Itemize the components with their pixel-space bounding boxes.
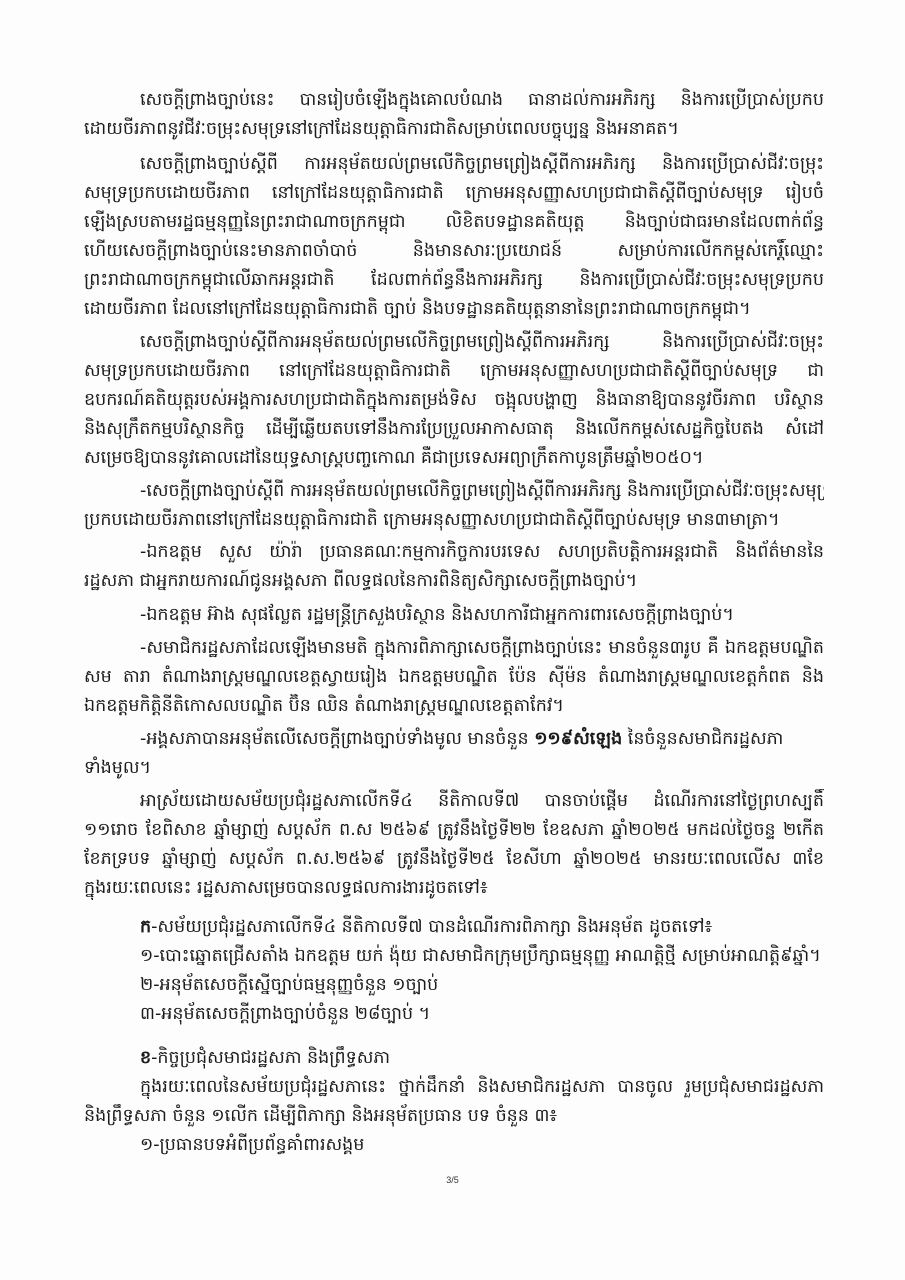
paragraph-2-line-4: ហើយសេចក្តីព្រាងច្បាប់នេះមានភាពចាំបាច់ និ… xyxy=(84,239,824,263)
paragraph-3-line-5: សម្រេចឱ្យបាននូវគោលដៅនៃយុទ្ធសាស្ត្របញ្ចកោ… xyxy=(84,446,824,470)
section-a-item-1: ១-បោះឆ្នោតជ្រើសតាំង ឯកឧត្តម យក់ ង៉ុយ ជាស… xyxy=(140,944,824,968)
document-page: សេចក្តីព្រាងច្បាប់នេះ បានរៀបចំឡើងក្នុងគោ… xyxy=(0,0,905,1280)
section-a-heading: ក-សម័យប្រជុំរដ្ឋសភាលើកទី៤ នីតិកាលទី៧ បាន… xyxy=(140,915,824,939)
paragraph-2-line-6: ដោយចីរភាព ដែលនៅក្រៅដែនយុត្តាធិការជាតិ ច្… xyxy=(84,297,824,321)
section-b-item-1: ១-ប្រធានបទអំពីប្រព័ន្ធគាំពារសង្គម xyxy=(140,1133,824,1157)
vote-text-post: នៃចំនួនសមាជិករដ្ឋសភា xyxy=(622,729,783,749)
paragraph-9-line-4: ក្នុងរយៈពេលនេះ រដ្ឋសភាសម្រេចបានលទ្ធផលការ… xyxy=(84,876,824,900)
paragraph-7-line-1: -សមាជិករដ្ឋសភាដែលឡើងមានមតិ ក្នុងការពិភាក… xyxy=(140,636,824,660)
section-b-line-1: ក្នុងរយៈពេលនៃសម័យប្រជុំរដ្ឋសភានេះ ថ្នាក់… xyxy=(140,1075,824,1099)
section-b-heading: ខ-កិច្ចប្រជុំសមាជរដ្ឋសភា និងព្រឹទ្ធសភា xyxy=(140,1046,824,1070)
page-number: 3/5 xyxy=(0,1175,905,1185)
paragraph-9-line-3: ខែភទ្របទ ឆ្នាំម្សាញ់ សប្តស័ក ព.ស.២៥៦៩ ត្… xyxy=(84,847,824,871)
paragraph-2-line-5: ព្រះរាជាណាចក្រកម្ពុជាលើឆាកអន្តរជាតិ ដែលព… xyxy=(84,268,824,292)
paragraph-1-line-2: ដោយចីរភាពនូវជីវៈចម្រុះសមុទ្រនៅក្រៅដែនយុត… xyxy=(84,117,824,141)
paragraph-1-line-1: សេចក្តីព្រាងច្បាប់នេះ បានរៀបចំឡើងក្នុងគោ… xyxy=(140,88,824,112)
paragraph-7-line-3: ឯកឧត្តមកិត្តិនីតិកោសលបណ្ឌិត ប៊ិន ឈិន តំណ… xyxy=(84,694,824,718)
paragraph-2-line-2: សមុទ្រប្រកបដោយចីរភាព នៅក្រៅដែនយុត្តាធិកា… xyxy=(84,181,824,205)
section-b-marker: ខ xyxy=(140,1048,151,1068)
paragraph-3-line-1: សេចក្តីព្រាងច្បាប់ស្តីពីការអនុម័តយល់ព្រម… xyxy=(140,330,824,354)
section-b-line-2: និងព្រឹទ្ធសភា ចំនួន ១លើក ដើម្បីពិភាក្សា … xyxy=(84,1104,824,1128)
vote-text-pre: -អង្គសភាបានអនុម័តលើសេចក្តីព្រាងច្បាប់ទាំ… xyxy=(140,729,534,749)
paragraph-3-line-4: និងសុក្រឹតកម្មបរិស្ថានកិច្ច ដើម្បីឆ្លើយត… xyxy=(84,417,824,441)
paragraph-8-line-1: -អង្គសភាបានអនុម័តលើសេចក្តីព្រាងច្បាប់ទាំ… xyxy=(140,727,824,751)
section-a-heading-text: -សម័យប្រជុំរដ្ឋសភាលើកទី៤ នីតិកាលទី៧ បានដ… xyxy=(151,917,712,937)
paragraph-3-line-2: សមុទ្រប្រកបដោយចីរភាព នៅក្រៅដែនយុត្តាធិកា… xyxy=(84,359,824,383)
paragraph-7-line-2: សម តារា តំណាងរាស្ត្រមណ្ឌលខេត្តស្វាយរៀង ឯ… xyxy=(84,665,824,689)
paragraph-3-line-3: ឧបករណ៍គតិយុត្តរបស់អង្គការសហប្រជាជាតិក្នុ… xyxy=(84,388,824,412)
paragraph-5-line-2: រដ្ឋសភា ជាអ្នករាយការណ៍ជូនអង្គសភា ពីលទ្ធផ… xyxy=(84,569,824,593)
section-b-heading-text: -កិច្ចប្រជុំសមាជរដ្ឋសភា និងព្រឹទ្ធសភា xyxy=(151,1048,390,1068)
paragraph-9-line-1: អាស្រ័យដោយសម័យប្រជុំរដ្ឋសភាលើកទី៤ នីតិកា… xyxy=(140,789,824,813)
paragraph-9-line-2: ១១រោច ខែពិសាខ ឆ្នាំម្សាញ់ សប្តស័ក ព.ស ២៥… xyxy=(84,818,824,842)
vote-count: ១១៩សំឡេង xyxy=(534,729,622,749)
section-a-marker: ក xyxy=(140,917,151,937)
paragraph-5-line-1: -ឯកឧត្តម សួស យ៉ារ៉ា ប្រធានគណៈកម្មការកិច្… xyxy=(140,540,824,564)
paragraph-2-line-3: ឡើងស្របតាមរដ្ឋធម្មនុញ្ញនៃព្រះរាជាណាចក្រក… xyxy=(84,210,824,234)
paragraph-8-line-2: ទាំងមូល។ xyxy=(84,756,824,780)
section-a-item-3: ៣-អនុម័តសេចក្តីព្រាងច្បាប់ចំនួន ២៨ច្បាប់… xyxy=(140,1002,824,1026)
paragraph-4-line-2: ប្រកបដោយចីរភាពនៅក្រៅដែនយុត្តាធិការជាតិ ក… xyxy=(84,508,824,532)
paragraph-4-line-1: -សេចក្តីព្រាងច្បាប់ស្តីពី ការអនុម័តយល់ព្… xyxy=(140,479,824,503)
section-a-item-2: ២-អនុម័តសេចក្តីស្នើច្បាប់ធម្មនុញ្ញចំនួន … xyxy=(140,973,824,997)
paragraph-2-line-1: សេចក្តីព្រាងច្បាប់ស្តីពី ការអនុម័តយល់ព្រ… xyxy=(140,152,824,176)
paragraph-6-line-1: -ឯកឧត្តម អ៊ាង សុផល្លែត រដ្ឋមន្ត្រីក្រសួង… xyxy=(140,603,824,627)
